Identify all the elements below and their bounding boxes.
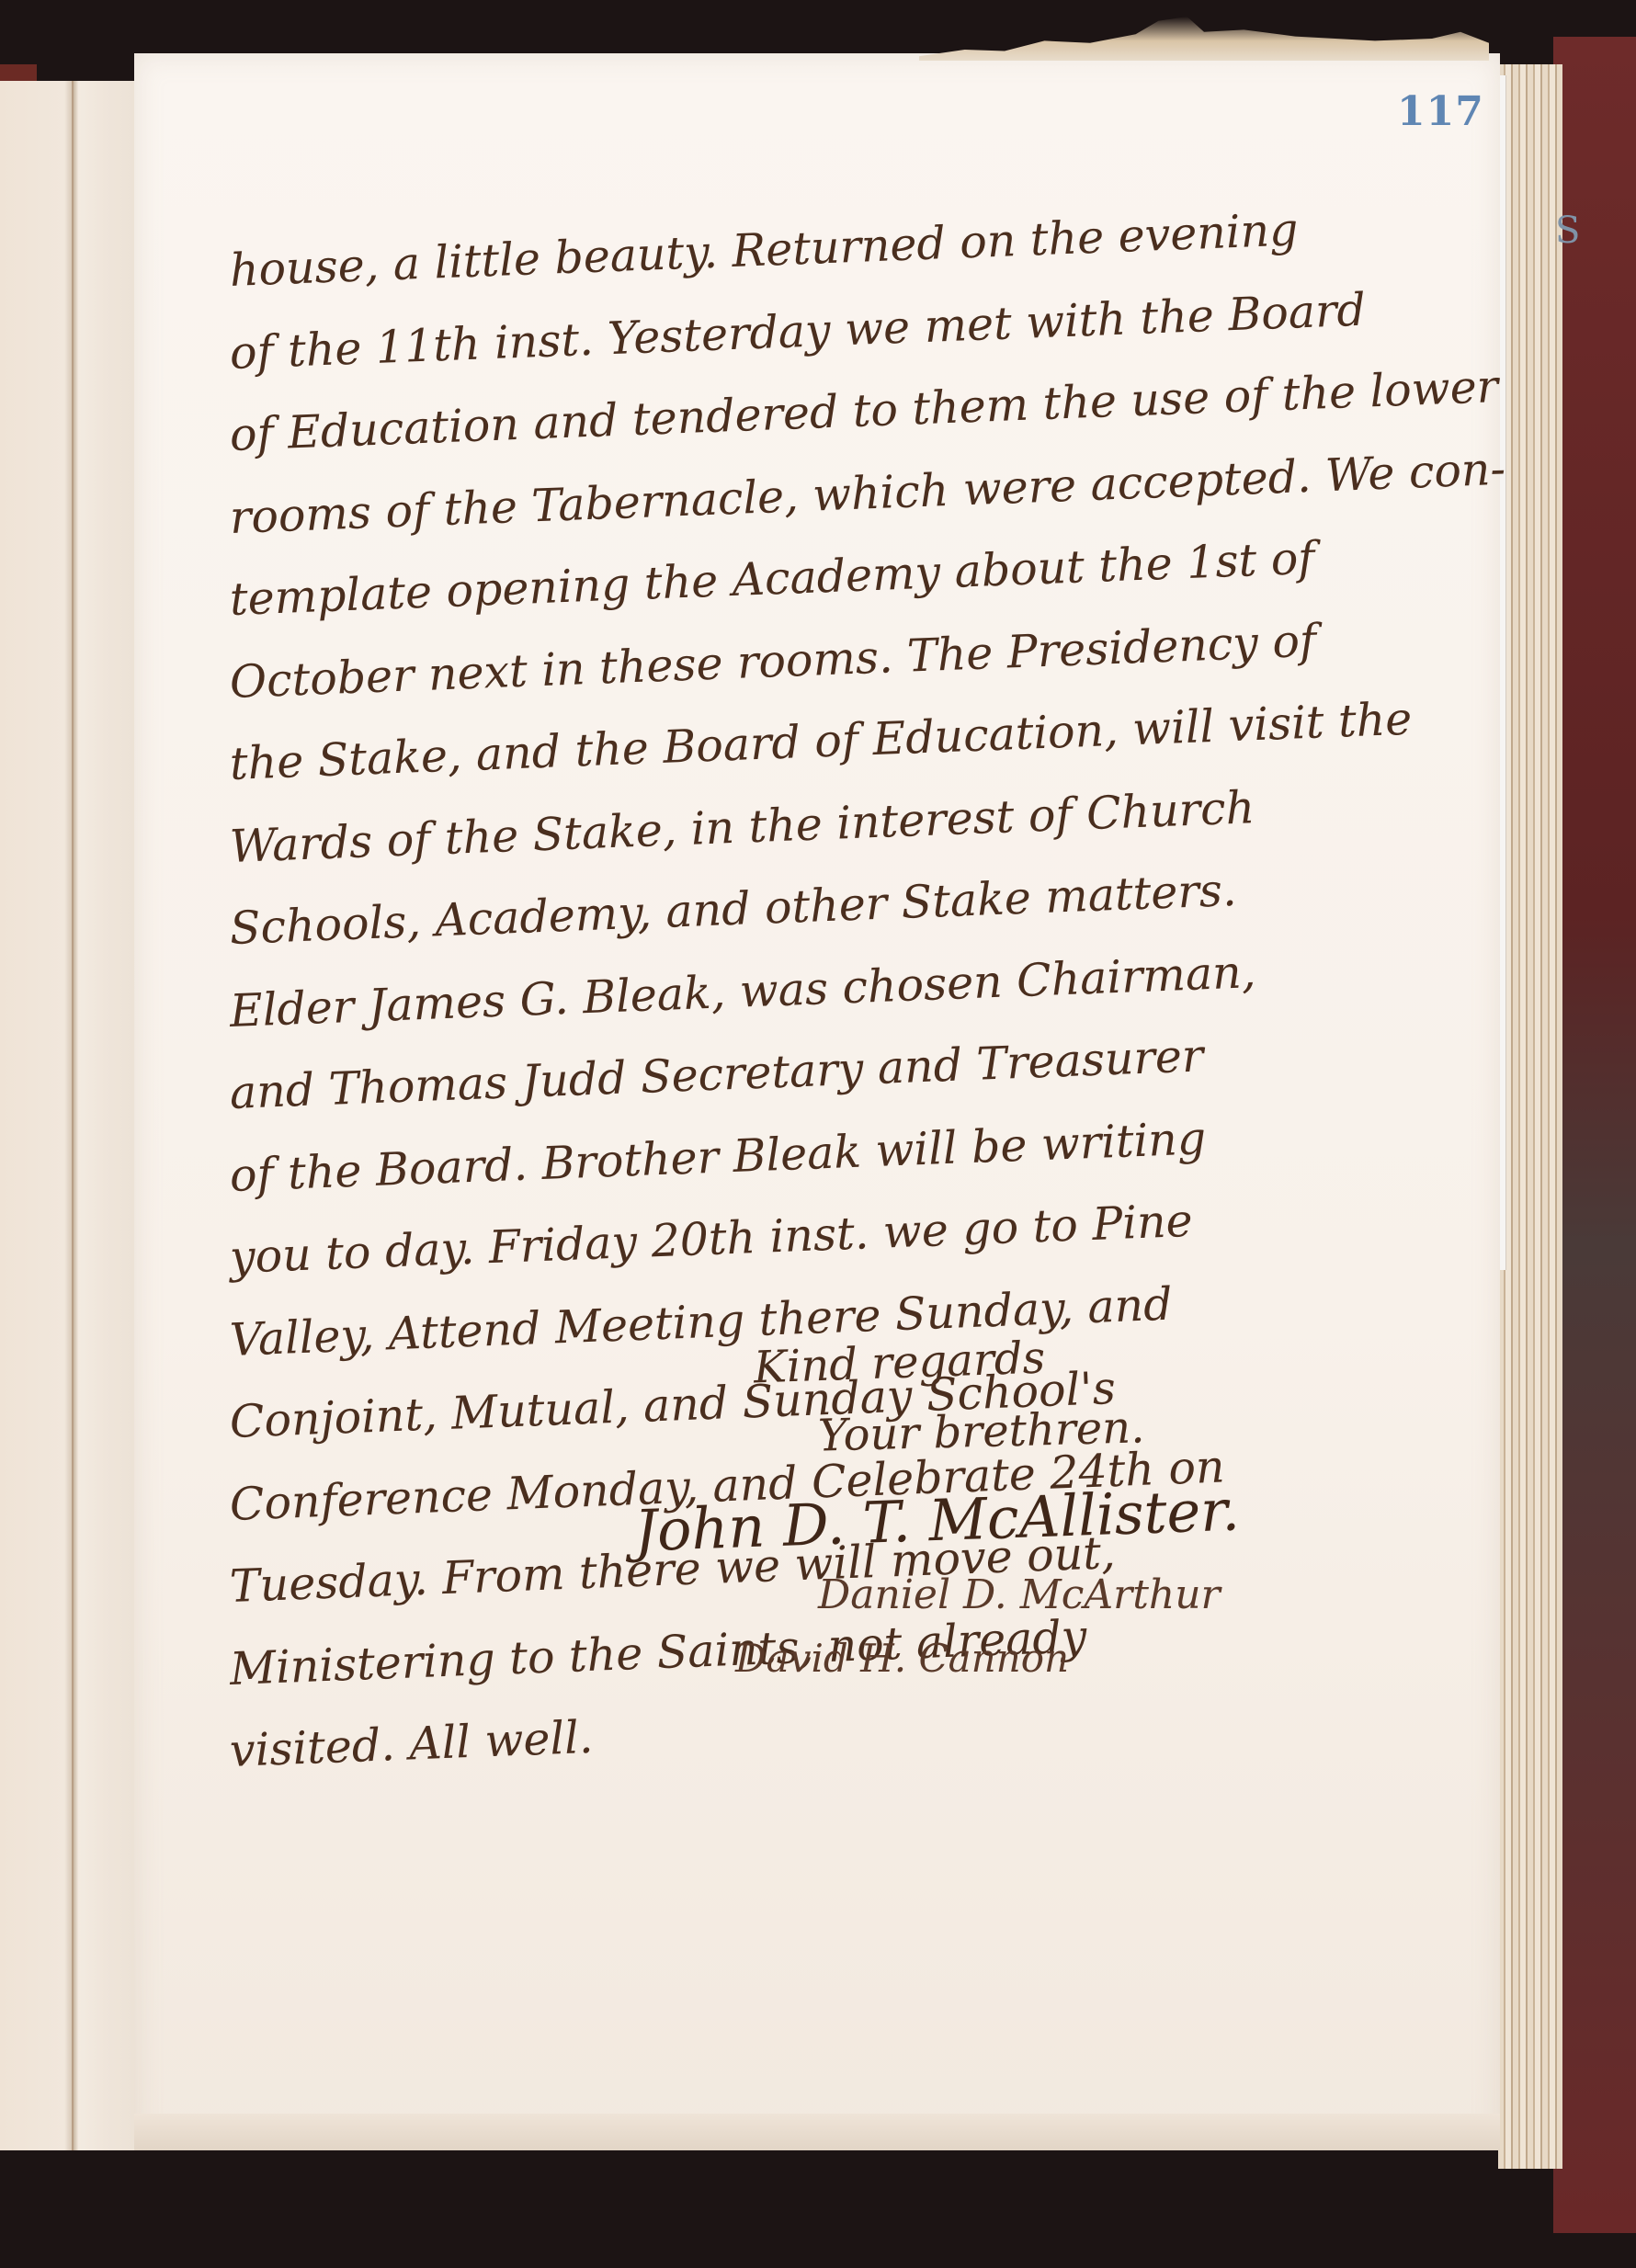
facing-page (0, 81, 72, 2150)
page-stack-edges (1498, 64, 1562, 2169)
signature-cannon: David H. Cannon (735, 1636, 1069, 1681)
index-tab-letter: S (1555, 210, 1580, 252)
letter-body: house, a little beauty. Returned on the … (230, 230, 1498, 1793)
closing-salutation: Kind regards (753, 1332, 1046, 1393)
closing-valediction: Your brethren. (817, 1401, 1145, 1461)
torn-paper-edge (919, 17, 1489, 61)
page-bottom-edge (134, 2114, 1500, 2150)
book-gutter (72, 81, 136, 2150)
book-cover (1553, 37, 1636, 2233)
left-cover-edge (0, 64, 37, 83)
page-number: 117 (1397, 88, 1484, 135)
signature-mcarthur: Daniel D. McArthur (818, 1571, 1221, 1618)
